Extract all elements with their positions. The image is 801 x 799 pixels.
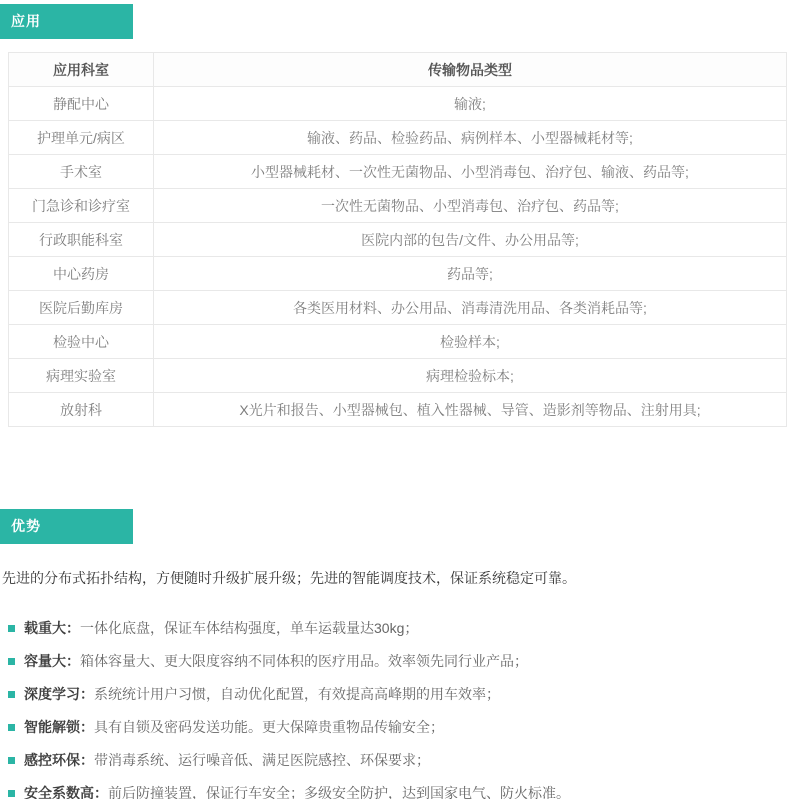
advantage-text: 感控环保：带消毒系统、运行噪音低、满足医院感控、环保要求； — [24, 751, 430, 769]
advantage-description: 前后防撞装置，保证行车安全；多级安全防护，达到国家电气、防火标准。 — [108, 785, 570, 799]
advantage-description: 系统统计用户习惯，自动优化配置，有效提高高峰期的用车效率； — [94, 686, 500, 702]
items-cell: 输液; — [154, 87, 787, 121]
section-badge-advantages: 优势 — [0, 509, 133, 544]
table-header-row: 应用科室 传输物品类型 — [9, 53, 787, 87]
section-badge-application: 应用 — [0, 4, 133, 39]
table-row: 检验中心 检验样本; — [9, 325, 787, 359]
page: 应用 应用科室 传输物品类型 静配中心 输液; 护理单元/病区 输液、药品、检验… — [0, 0, 801, 799]
items-cell: X光片和报告、小型器械包、植入性器械、导管、造影剂等物品、注射用具; — [154, 393, 787, 427]
department-cell: 手术室 — [9, 155, 154, 189]
application-section: 应用 应用科室 传输物品类型 静配中心 输液; 护理单元/病区 输液、药品、检验… — [0, 4, 801, 427]
advantage-item: 智能解锁：具有自锁及密码发送功能。更大保障贵重物品传输安全； — [8, 718, 801, 736]
department-cell: 医院后勤库房 — [9, 291, 154, 325]
table-row: 病理实验室 病理检验标本; — [9, 359, 787, 393]
items-cell: 各类医用材料、办公用品、消毒清洗用品、各类消耗品等; — [154, 291, 787, 325]
table-row: 护理单元/病区 输液、药品、检验药品、病例样本、小型器械耗材等; — [9, 121, 787, 155]
table-row: 医院后勤库房 各类医用材料、办公用品、消毒清洗用品、各类消耗品等; — [9, 291, 787, 325]
advantage-item: 深度学习：系统统计用户习惯，自动优化配置，有效提高高峰期的用车效率； — [8, 685, 801, 703]
table-row: 放射科 X光片和报告、小型器械包、植入性器械、导管、造影剂等物品、注射用具; — [9, 393, 787, 427]
advantage-text: 安全系数高：前后防撞装置，保证行车安全；多级安全防护，达到国家电气、防火标准。 — [24, 784, 570, 799]
bullet-square-icon — [8, 790, 15, 797]
advantages-section: 优势 先进的分布式拓扑结构，方便随时升级扩展升级；先进的智能调度技术，保证系统稳… — [0, 509, 801, 799]
department-cell: 静配中心 — [9, 87, 154, 121]
column-header-item-types: 传输物品类型 — [154, 53, 787, 87]
department-cell: 病理实验室 — [9, 359, 154, 393]
items-cell: 一次性无菌物品、小型消毒包、治疗包、药品等; — [154, 189, 787, 223]
department-cell: 门急诊和诊疗室 — [9, 189, 154, 223]
items-cell: 检验样本; — [154, 325, 787, 359]
advantage-text: 智能解锁：具有自锁及密码发送功能。更大保障贵重物品传输安全； — [24, 718, 444, 736]
advantage-label: 感控环保： — [24, 752, 94, 768]
table-row: 行政职能科室 医院内部的包告/文件、办公用品等; — [9, 223, 787, 257]
items-cell: 病理检验标本; — [154, 359, 787, 393]
items-cell: 医院内部的包告/文件、办公用品等; — [154, 223, 787, 257]
column-header-department: 应用科室 — [9, 53, 154, 87]
table-row: 门急诊和诊疗室 一次性无菌物品、小型消毒包、治疗包、药品等; — [9, 189, 787, 223]
advantage-text: 深度学习：系统统计用户习惯，自动优化配置，有效提高高峰期的用车效率； — [24, 685, 500, 703]
advantage-item: 安全系数高：前后防撞装置，保证行车安全；多级安全防护，达到国家电气、防火标准。 — [8, 784, 801, 799]
table-row: 手术室 小型器械耗材、一次性无菌物品、小型消毒包、治疗包、输液、药品等; — [9, 155, 787, 189]
department-cell: 行政职能科室 — [9, 223, 154, 257]
advantage-label: 智能解锁： — [24, 719, 94, 735]
department-cell: 检验中心 — [9, 325, 154, 359]
items-cell: 输液、药品、检验药品、病例样本、小型器械耗材等; — [154, 121, 787, 155]
advantages-intro: 先进的分布式拓扑结构，方便随时升级扩展升级；先进的智能调度技术，保证系统稳定可靠… — [2, 568, 801, 588]
application-table: 应用科室 传输物品类型 静配中心 输液; 护理单元/病区 输液、药品、检验药品、… — [8, 52, 787, 427]
advantages-list: 载重大：一体化底盘，保证车体结构强度，单车运载量达30kg； 容量大：箱体容量大… — [0, 619, 801, 799]
bullet-square-icon — [8, 625, 15, 632]
advantage-label: 安全系数高： — [24, 785, 108, 799]
advantage-text: 容量大：箱体容量大、更大限度容纳不同体积的医疗用品。效率领先同行业产品； — [24, 652, 528, 670]
items-cell: 药品等; — [154, 257, 787, 291]
bullet-square-icon — [8, 691, 15, 698]
bullet-square-icon — [8, 757, 15, 764]
advantage-label: 深度学习： — [24, 686, 94, 702]
table-row: 中心药房 药品等; — [9, 257, 787, 291]
department-cell: 放射科 — [9, 393, 154, 427]
advantage-description: 箱体容量大、更大限度容纳不同体积的医疗用品。效率领先同行业产品； — [80, 653, 528, 669]
advantage-description: 一体化底盘，保证车体结构强度，单车运载量达30kg； — [80, 620, 418, 636]
advantage-description: 带消毒系统、运行噪音低、满足医院感控、环保要求； — [94, 752, 430, 768]
advantage-label: 载重大： — [24, 620, 80, 636]
advantage-item: 容量大：箱体容量大、更大限度容纳不同体积的医疗用品。效率领先同行业产品； — [8, 652, 801, 670]
advantage-item: 载重大：一体化底盘，保证车体结构强度，单车运载量达30kg； — [8, 619, 801, 637]
bullet-square-icon — [8, 658, 15, 665]
bullet-square-icon — [8, 724, 15, 731]
department-cell: 中心药房 — [9, 257, 154, 291]
department-cell: 护理单元/病区 — [9, 121, 154, 155]
advantage-description: 具有自锁及密码发送功能。更大保障贵重物品传输安全； — [94, 719, 444, 735]
advantage-label: 容量大： — [24, 653, 80, 669]
advantage-text: 载重大：一体化底盘，保证车体结构强度，单车运载量达30kg； — [24, 619, 418, 637]
table-row: 静配中心 输液; — [9, 87, 787, 121]
advantage-item: 感控环保：带消毒系统、运行噪音低、满足医院感控、环保要求； — [8, 751, 801, 769]
items-cell: 小型器械耗材、一次性无菌物品、小型消毒包、治疗包、输液、药品等; — [154, 155, 787, 189]
